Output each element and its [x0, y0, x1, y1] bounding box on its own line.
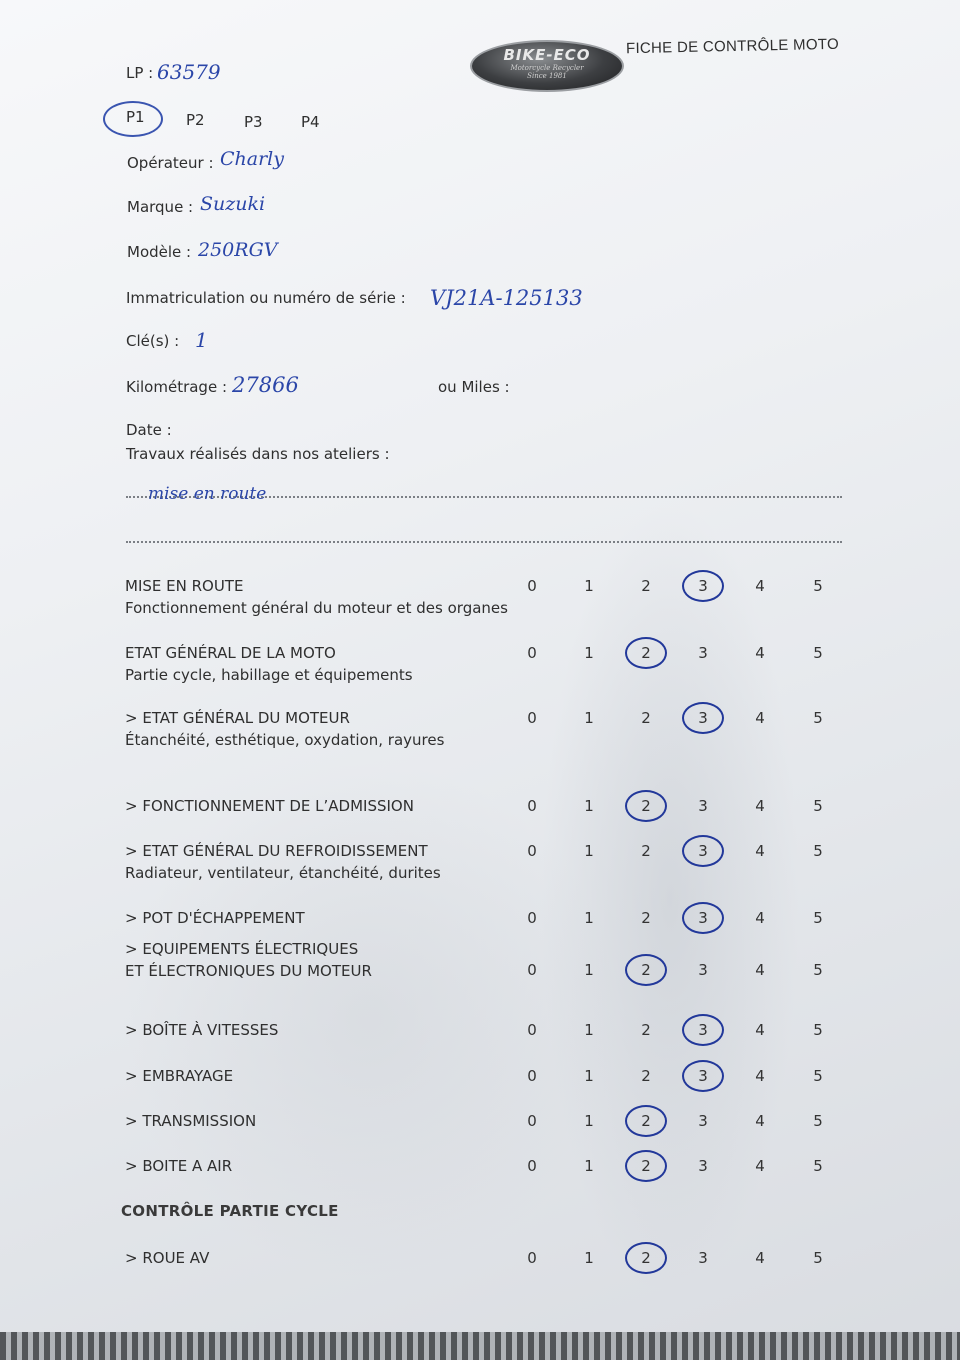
cycle-section-title: CONTRÔLE PARTIE CYCLE [121, 1202, 339, 1220]
miles-label: ou Miles : [438, 378, 510, 396]
score-option-5[interactable]: 5 [803, 1112, 833, 1130]
score-option-0[interactable]: 0 [517, 1067, 547, 1085]
score-option-4[interactable]: 4 [745, 842, 775, 860]
score-option-2[interactable]: 2 [631, 577, 661, 595]
score-option-4[interactable]: 4 [745, 1067, 775, 1085]
score-option-5[interactable]: 5 [803, 577, 833, 595]
score-option-4[interactable]: 4 [745, 961, 775, 979]
check-name: > EMBRAYAGE [125, 1067, 233, 1085]
score-option-3[interactable]: 3 [688, 709, 718, 727]
score-option-1[interactable]: 1 [574, 842, 604, 860]
score-option-0[interactable]: 0 [517, 644, 547, 662]
keys-label: Clé(s) : [126, 332, 179, 350]
score-option-0[interactable]: 0 [517, 1021, 547, 1039]
logo-tagline: Motorcycle Recycler [472, 64, 622, 72]
score-option-0[interactable]: 0 [517, 577, 547, 595]
score-option-1[interactable]: 1 [574, 797, 604, 815]
score-option-3[interactable]: 3 [688, 644, 718, 662]
score-option-1[interactable]: 1 [574, 961, 604, 979]
binder-edge [0, 1332, 960, 1360]
brand-value[interactable]: Suzuki [200, 193, 265, 215]
score-option-0[interactable]: 0 [517, 709, 547, 727]
score-option-3[interactable]: 3 [688, 842, 718, 860]
score-option-4[interactable]: 4 [745, 644, 775, 662]
check-name: ETAT GÉNÉRAL DE LA MOTO [125, 644, 336, 662]
inspection-sheet: BIKE-ECO Motorcycle Recycler Since 1981 … [0, 0, 960, 1360]
score-option-5[interactable]: 5 [803, 961, 833, 979]
score-option-1[interactable]: 1 [574, 1157, 604, 1175]
score-option-0[interactable]: 0 [517, 797, 547, 815]
check-name: > BOITE A AIR [125, 1157, 232, 1175]
bike-eco-logo: BIKE-ECO Motorcycle Recycler Since 1981 [470, 40, 624, 92]
score-option-5[interactable]: 5 [803, 1021, 833, 1039]
score-option-1[interactable]: 1 [574, 1112, 604, 1130]
check-description: Radiateur, ventilateur, étanchéité, duri… [125, 864, 441, 882]
score-option-5[interactable]: 5 [803, 644, 833, 662]
score-option-0[interactable]: 0 [517, 1249, 547, 1267]
check-name: > ROUE AV [125, 1249, 209, 1267]
check-name: > EQUIPEMENTS ÉLECTRIQUES [125, 940, 358, 958]
lp-label: LP : [126, 64, 153, 82]
check-description: Étanchéité, esthétique, oxydation, rayur… [125, 731, 444, 749]
score-option-4[interactable]: 4 [745, 577, 775, 595]
score-option-1[interactable]: 1 [574, 644, 604, 662]
check-name: > FONCTIONNEMENT DE L’ADMISSION [125, 797, 414, 815]
position-p3[interactable]: P3 [244, 113, 263, 131]
check-name: > ETAT GÉNÉRAL DU REFROIDISSEMENT [125, 842, 428, 860]
check-name: > ETAT GÉNÉRAL DU MOTEUR [125, 709, 350, 727]
check-name-line-2: ET ÉLECTRONIQUES DU MOTEUR [125, 962, 372, 980]
score-option-4[interactable]: 4 [745, 909, 775, 927]
score-option-5[interactable]: 5 [803, 1249, 833, 1267]
score-option-2[interactable]: 2 [631, 1067, 661, 1085]
score-option-3[interactable]: 3 [688, 1021, 718, 1039]
form-title: FICHE DE CONTRÔLE MOTO [626, 36, 839, 57]
date-label: Date : [126, 421, 172, 439]
score-option-2[interactable]: 2 [631, 961, 661, 979]
score-option-0[interactable]: 0 [517, 1157, 547, 1175]
check-name: > BOÎTE À VITESSES [125, 1021, 278, 1039]
operator-value[interactable]: Charly [220, 148, 284, 170]
score-option-3[interactable]: 3 [688, 1157, 718, 1175]
score-option-0[interactable]: 0 [517, 1112, 547, 1130]
logo-since: Since 1981 [472, 72, 622, 80]
score-option-2[interactable]: 2 [631, 1112, 661, 1130]
score-option-3[interactable]: 3 [688, 961, 718, 979]
score-option-1[interactable]: 1 [574, 1249, 604, 1267]
operator-label: Opérateur : [127, 154, 214, 172]
score-option-4[interactable]: 4 [745, 797, 775, 815]
score-option-3[interactable]: 3 [688, 1067, 718, 1085]
score-option-0[interactable]: 0 [517, 909, 547, 927]
score-option-1[interactable]: 1 [574, 577, 604, 595]
score-option-4[interactable]: 4 [745, 709, 775, 727]
score-option-2[interactable]: 2 [631, 709, 661, 727]
logo-brand: BIKE-ECO [472, 46, 622, 64]
score-option-2[interactable]: 2 [631, 644, 661, 662]
works-line-1-text[interactable]: mise en route [148, 484, 266, 504]
score-option-3[interactable]: 3 [688, 909, 718, 927]
score-option-5[interactable]: 5 [803, 797, 833, 815]
check-name: MISE EN ROUTE [125, 577, 243, 595]
keys-value[interactable]: 1 [195, 328, 208, 352]
score-option-2[interactable]: 2 [631, 1021, 661, 1039]
lp-value[interactable]: 63579 [157, 60, 221, 84]
check-name: > POT D'ÉCHAPPEMENT [125, 909, 305, 927]
score-option-1[interactable]: 1 [574, 909, 604, 927]
score-option-1[interactable]: 1 [574, 709, 604, 727]
check-name: > TRANSMISSION [125, 1112, 256, 1130]
score-option-4[interactable]: 4 [745, 1157, 775, 1175]
score-option-2[interactable]: 2 [631, 1249, 661, 1267]
score-option-5[interactable]: 5 [803, 909, 833, 927]
score-option-5[interactable]: 5 [803, 1157, 833, 1175]
score-option-1[interactable]: 1 [574, 1021, 604, 1039]
score-option-4[interactable]: 4 [745, 1021, 775, 1039]
score-option-5[interactable]: 5 [803, 842, 833, 860]
score-option-4[interactable]: 4 [745, 1249, 775, 1267]
check-description: Partie cycle, habillage et équipements [125, 666, 413, 684]
km-value[interactable]: 27866 [232, 373, 299, 397]
serial-value[interactable]: VJ21A-125133 [430, 286, 583, 310]
score-option-4[interactable]: 4 [745, 1112, 775, 1130]
score-option-2[interactable]: 2 [631, 1157, 661, 1175]
score-option-3[interactable]: 3 [688, 1112, 718, 1130]
position-p1[interactable]: P1 [126, 108, 145, 126]
score-option-3[interactable]: 3 [688, 1249, 718, 1267]
score-option-0[interactable]: 0 [517, 842, 547, 860]
serial-label: Immatriculation ou numéro de série : [126, 289, 406, 307]
position-p4[interactable]: P4 [301, 113, 320, 131]
check-description: Fonctionnement général du moteur et des … [125, 599, 508, 617]
score-option-3[interactable]: 3 [688, 577, 718, 595]
brand-label: Marque : [127, 198, 193, 216]
score-option-2[interactable]: 2 [631, 842, 661, 860]
model-label: Modèle : [127, 243, 191, 261]
works-line-2 [126, 541, 842, 543]
km-label: Kilométrage : [126, 378, 227, 396]
score-option-3[interactable]: 3 [688, 797, 718, 815]
score-option-5[interactable]: 5 [803, 1067, 833, 1085]
score-option-5[interactable]: 5 [803, 709, 833, 727]
position-p2[interactable]: P2 [186, 111, 205, 129]
works-label: Travaux réalisés dans nos ateliers : [126, 445, 390, 463]
score-option-2[interactable]: 2 [631, 909, 661, 927]
model-value[interactable]: 250RGV [198, 239, 277, 261]
score-option-1[interactable]: 1 [574, 1067, 604, 1085]
score-option-0[interactable]: 0 [517, 961, 547, 979]
score-option-2[interactable]: 2 [631, 797, 661, 815]
